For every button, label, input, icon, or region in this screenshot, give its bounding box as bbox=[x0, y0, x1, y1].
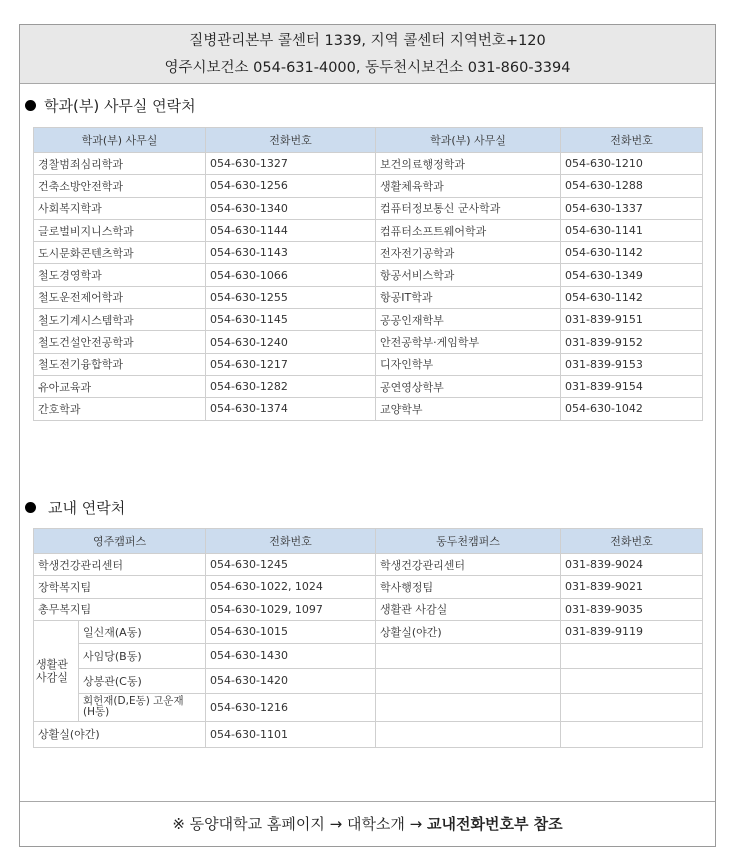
phone-number: 054-630-1430 bbox=[206, 643, 376, 668]
dept-name: 교양학부 bbox=[376, 398, 561, 420]
empty-cell bbox=[376, 668, 561, 693]
table-row: 글로벌비지니스학과054-630-1144컴퓨터소프트웨어학과054-630-1… bbox=[34, 219, 703, 241]
dept-name: 디자인학부 bbox=[376, 353, 561, 375]
empty-cell bbox=[561, 668, 703, 693]
dept-section-title: 학과(부) 사무실 연락처 bbox=[25, 95, 196, 116]
table-row: 사임당(B동) 054-630-1430 bbox=[34, 643, 703, 668]
dept-name: 전자전기공학과 bbox=[376, 242, 561, 264]
table-row: 간호학과054-630-1374교양학부054-630-1042 bbox=[34, 398, 703, 420]
phone-number: 054-630-1141 bbox=[561, 219, 703, 241]
phone-number: 054-630-1256 bbox=[206, 175, 376, 197]
table-row: 유아교육과054-630-1282공연영상학부031-839-9154 bbox=[34, 375, 703, 397]
phone-number: 054-630-1015 bbox=[206, 620, 376, 643]
phone-number: 054-630-1101 bbox=[206, 721, 376, 747]
phone-number: 054-630-1245 bbox=[206, 554, 376, 576]
empty-cell bbox=[561, 643, 703, 668]
contact-document: 질병관리본부 콜센터 1339, 지역 콜센터 지역번호+120 영주시보건소 … bbox=[19, 24, 716, 847]
dept-name: 안전공학부·게임학부 bbox=[376, 331, 561, 353]
reference-note: ※ 동양대학교 홈페이지 → 대학소개 → 교내전화번호부 참조 bbox=[20, 801, 715, 846]
dorm-group-label: 생활관 사감실 bbox=[34, 620, 79, 721]
table-row: 학생건강관리센터 054-630-1245 학생건강관리센터 031-839-9… bbox=[34, 554, 703, 576]
column-header: 동두천캠퍼스 bbox=[376, 529, 561, 554]
banner-line-2: 영주시보건소 054-631-4000, 동두천시보건소 031-860-339… bbox=[20, 55, 715, 82]
phone-number: 054-630-1066 bbox=[206, 264, 376, 286]
office-name: 학생건강관리센터 bbox=[34, 554, 206, 576]
column-header: 전화번호 bbox=[561, 529, 703, 554]
reference-note-emphasis: 교내전화번호부 참조 bbox=[427, 815, 563, 833]
table-row: 회헌재(D,E동) 고운재(H동) 054-630-1216 bbox=[34, 693, 703, 721]
phone-number: 054-630-1240 bbox=[206, 331, 376, 353]
phone-number: 054-630-1042 bbox=[561, 398, 703, 420]
phone-number: 031-839-9152 bbox=[561, 331, 703, 353]
dept-name: 보건의료행정학과 bbox=[376, 153, 561, 175]
dept-name: 생활체육학과 bbox=[376, 175, 561, 197]
empty-cell bbox=[376, 643, 561, 668]
column-header: 전화번호 bbox=[206, 529, 376, 554]
phone-number: 054-630-1255 bbox=[206, 286, 376, 308]
phone-number: 054-630-1029, 1097 bbox=[206, 598, 376, 620]
column-header: 전화번호 bbox=[561, 128, 703, 153]
empty-cell bbox=[561, 693, 703, 721]
office-name: 학사행정팀 bbox=[376, 576, 561, 598]
dorm-name: 일신재(A동) bbox=[79, 620, 206, 643]
dept-name: 컴퓨터소프트웨어학과 bbox=[376, 219, 561, 241]
phone-number: 054-630-1145 bbox=[206, 309, 376, 331]
column-header: 학과(부) 사무실 bbox=[34, 128, 206, 153]
dept-name: 항공IT학과 bbox=[376, 286, 561, 308]
table-row: 장학복지팀 054-630-1022, 1024 학사행정팀 031-839-9… bbox=[34, 576, 703, 598]
hotline-banner: 질병관리본부 콜센터 1339, 지역 콜센터 지역번호+120 영주시보건소 … bbox=[20, 25, 715, 84]
dept-contact-table: 학과(부) 사무실 전화번호 학과(부) 사무실 전화번호 경찰범죄심리학과05… bbox=[33, 127, 703, 421]
table-row: 경찰범죄심리학과054-630-1327보건의료행정학과054-630-1210 bbox=[34, 153, 703, 175]
table-row: 건축소방안전학과054-630-1256생활체육학과054-630-1288 bbox=[34, 175, 703, 197]
dept-name: 유아교육과 bbox=[34, 375, 206, 397]
dept-name: 항공서비스학과 bbox=[376, 264, 561, 286]
table-row: 상활실(야간) 054-630-1101 bbox=[34, 721, 703, 747]
dept-name: 공공인재학부 bbox=[376, 309, 561, 331]
campus-section-title: 교내 연락처 bbox=[25, 497, 125, 518]
phone-number: 054-630-1142 bbox=[561, 286, 703, 308]
office-name: 상활실(야간) bbox=[34, 721, 206, 747]
office-name: 생활관 사감실 bbox=[376, 598, 561, 620]
office-name: 학생건강관리센터 bbox=[376, 554, 561, 576]
phone-number: 054-630-1327 bbox=[206, 153, 376, 175]
phone-number: 031-839-9021 bbox=[561, 576, 703, 598]
phone-number: 054-630-1143 bbox=[206, 242, 376, 264]
campus-contact-table: 영주캠퍼스 전화번호 동두천캠퍼스 전화번호 학생건강관리센터 054-630-… bbox=[33, 528, 703, 748]
dept-name: 철도전기융합학과 bbox=[34, 353, 206, 375]
table-row: 도시문화콘텐츠학과054-630-1143전자전기공학과054-630-1142 bbox=[34, 242, 703, 264]
reference-note-prefix: ※ 동양대학교 홈페이지 → 대학소개 → bbox=[172, 815, 427, 833]
phone-number: 031-839-9151 bbox=[561, 309, 703, 331]
phone-number: 031-839-9035 bbox=[561, 598, 703, 620]
dept-name: 간호학과 bbox=[34, 398, 206, 420]
office-name: 장학복지팀 bbox=[34, 576, 206, 598]
phone-number: 054-630-1349 bbox=[561, 264, 703, 286]
dept-name: 철도운전제어학과 bbox=[34, 286, 206, 308]
table-row: 철도기계시스템학과054-630-1145공공인재학부031-839-9151 bbox=[34, 309, 703, 331]
phone-number: 054-630-1337 bbox=[561, 197, 703, 219]
table-row: 총무복지팀 054-630-1029, 1097 생활관 사감실 031-839… bbox=[34, 598, 703, 620]
dept-name: 건축소방안전학과 bbox=[34, 175, 206, 197]
dept-name: 경찰범죄심리학과 bbox=[34, 153, 206, 175]
campus-section-title-text: 교내 연락처 bbox=[48, 497, 125, 518]
dorm-name: 상봉관(C동) bbox=[79, 668, 206, 693]
dept-name: 도시문화콘텐츠학과 bbox=[34, 242, 206, 264]
empty-cell bbox=[376, 721, 561, 747]
phone-number: 031-839-9119 bbox=[561, 620, 703, 643]
dept-name: 철도경영학과 bbox=[34, 264, 206, 286]
phone-number: 054-630-1374 bbox=[206, 398, 376, 420]
dept-name: 글로벌비지니스학과 bbox=[34, 219, 206, 241]
table-header-row: 학과(부) 사무실 전화번호 학과(부) 사무실 전화번호 bbox=[34, 128, 703, 153]
dept-section-title-text: 학과(부) 사무실 연락처 bbox=[44, 95, 196, 116]
office-name: 상활실(야간) bbox=[376, 620, 561, 643]
table-header-row: 영주캠퍼스 전화번호 동두천캠퍼스 전화번호 bbox=[34, 529, 703, 554]
bullet-icon bbox=[25, 100, 36, 111]
phone-number: 054-630-1210 bbox=[561, 153, 703, 175]
column-header: 전화번호 bbox=[206, 128, 376, 153]
dept-name: 사회복지학과 bbox=[34, 197, 206, 219]
phone-number: 054-630-1142 bbox=[561, 242, 703, 264]
column-header: 학과(부) 사무실 bbox=[376, 128, 561, 153]
bullet-icon bbox=[25, 502, 36, 513]
phone-number: 054-630-1420 bbox=[206, 668, 376, 693]
empty-cell bbox=[376, 693, 561, 721]
banner-line-1: 질병관리본부 콜센터 1339, 지역 콜센터 지역번호+120 bbox=[20, 28, 715, 55]
phone-number: 054-630-1216 bbox=[206, 693, 376, 721]
dept-name: 철도기계시스템학과 bbox=[34, 309, 206, 331]
phone-number: 054-630-1340 bbox=[206, 197, 376, 219]
phone-number: 054-630-1288 bbox=[561, 175, 703, 197]
dorm-name: 회헌재(D,E동) 고운재(H동) bbox=[79, 693, 206, 721]
dept-name: 공연영상학부 bbox=[376, 375, 561, 397]
dept-name: 컴퓨터정보통신 군사학과 bbox=[376, 197, 561, 219]
table-row: 철도건설안전공학과054-630-1240안전공학부·게임학부031-839-9… bbox=[34, 331, 703, 353]
dept-name: 철도건설안전공학과 bbox=[34, 331, 206, 353]
table-row: 철도전기융합학과054-630-1217디자인학부031-839-9153 bbox=[34, 353, 703, 375]
table-row: 생활관 사감실 일신재(A동) 054-630-1015 상활실(야간) 031… bbox=[34, 620, 703, 643]
phone-number: 054-630-1282 bbox=[206, 375, 376, 397]
table-row: 철도운전제어학과054-630-1255항공IT학과054-630-1142 bbox=[34, 286, 703, 308]
table-row: 상봉관(C동) 054-630-1420 bbox=[34, 668, 703, 693]
phone-number: 054-630-1022, 1024 bbox=[206, 576, 376, 598]
phone-number: 031-839-9154 bbox=[561, 375, 703, 397]
dorm-name: 사임당(B동) bbox=[79, 643, 206, 668]
table-row: 철도경영학과054-630-1066항공서비스학과054-630-1349 bbox=[34, 264, 703, 286]
table-row: 사회복지학과054-630-1340컴퓨터정보통신 군사학과054-630-13… bbox=[34, 197, 703, 219]
column-header: 영주캠퍼스 bbox=[34, 529, 206, 554]
empty-cell bbox=[561, 721, 703, 747]
phone-number: 054-630-1144 bbox=[206, 219, 376, 241]
phone-number: 054-630-1217 bbox=[206, 353, 376, 375]
phone-number: 031-839-9024 bbox=[561, 554, 703, 576]
office-name: 총무복지팀 bbox=[34, 598, 206, 620]
phone-number: 031-839-9153 bbox=[561, 353, 703, 375]
